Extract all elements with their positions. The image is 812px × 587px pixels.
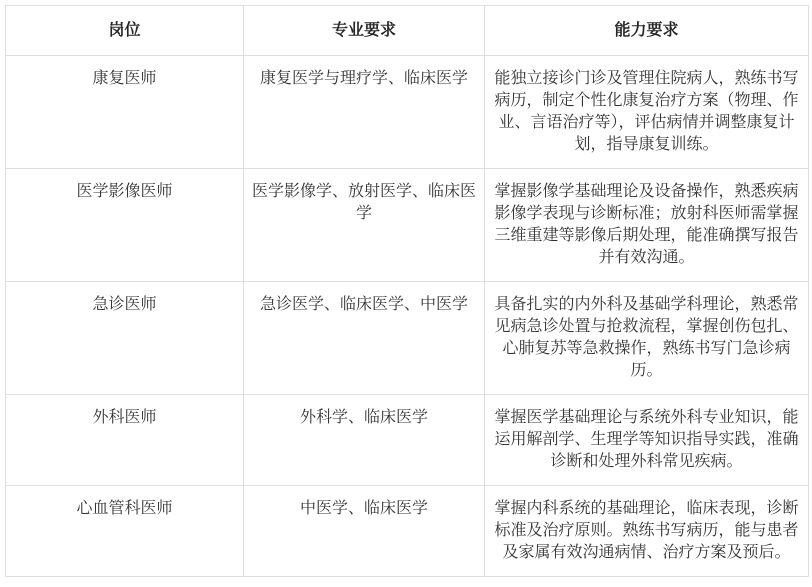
position-cell: 康复医师	[6, 56, 244, 169]
position-cell: 心血管科医师	[6, 486, 244, 577]
position-cell: 外科医师	[6, 395, 244, 486]
page: 岗位 专业要求 能力要求 康复医师康复医学与理疗学、临床医学能独立接诊门诊及管理…	[0, 0, 812, 587]
table-header: 岗位 专业要求 能力要求	[6, 6, 809, 56]
table-row: 医学影像医师医学影像学、放射医学、临床医学掌握影像学基础理论及设备操作，熟悉疾病…	[6, 169, 809, 282]
column-header-ability: 能力要求	[485, 6, 809, 56]
ability-cell: 掌握内科系统的基础理论，临床表现，诊断标准及治疗原则。熟练书写病历，能与患者及家…	[485, 486, 809, 577]
column-header-major: 专业要求	[244, 6, 485, 56]
ability-cell: 具备扎实的内外科及基础学科理论，熟悉常见病急诊处置与抢救流程，掌握创伤包扎、心肺…	[485, 282, 809, 395]
table-body: 康复医师康复医学与理疗学、临床医学能独立接诊门诊及管理住院病人，熟练书写病历，制…	[6, 56, 809, 577]
major-cell: 中医学、临床医学	[244, 486, 485, 577]
major-cell: 康复医学与理疗学、临床医学	[244, 56, 485, 169]
major-cell: 医学影像学、放射医学、临床医学	[244, 169, 485, 282]
major-cell: 急诊医学、临床医学、中医学	[244, 282, 485, 395]
major-cell: 外科学、临床医学	[244, 395, 485, 486]
ability-cell: 掌握医学基础理论与系统外科专业知识，能运用解剖学、生理学等知识指导实践，准确诊断…	[485, 395, 809, 486]
ability-cell: 掌握影像学基础理论及设备操作，熟悉疾病影像学表现与诊断标准；放射科医师需掌握三维…	[485, 169, 809, 282]
header-row: 岗位 专业要求 能力要求	[6, 6, 809, 56]
requirements-table: 岗位 专业要求 能力要求 康复医师康复医学与理疗学、临床医学能独立接诊门诊及管理…	[5, 5, 809, 577]
table-row: 急诊医师急诊医学、临床医学、中医学具备扎实的内外科及基础学科理论，熟悉常见病急诊…	[6, 282, 809, 395]
table-row: 心血管科医师中医学、临床医学掌握内科系统的基础理论，临床表现，诊断标准及治疗原则…	[6, 486, 809, 577]
table-row: 康复医师康复医学与理疗学、临床医学能独立接诊门诊及管理住院病人，熟练书写病历，制…	[6, 56, 809, 169]
position-cell: 医学影像医师	[6, 169, 244, 282]
table-row: 外科医师外科学、临床医学掌握医学基础理论与系统外科专业知识，能运用解剖学、生理学…	[6, 395, 809, 486]
column-header-position: 岗位	[6, 6, 244, 56]
ability-cell: 能独立接诊门诊及管理住院病人，熟练书写病历，制定个性化康复治疗方案（物理、作业、…	[485, 56, 809, 169]
position-cell: 急诊医师	[6, 282, 244, 395]
